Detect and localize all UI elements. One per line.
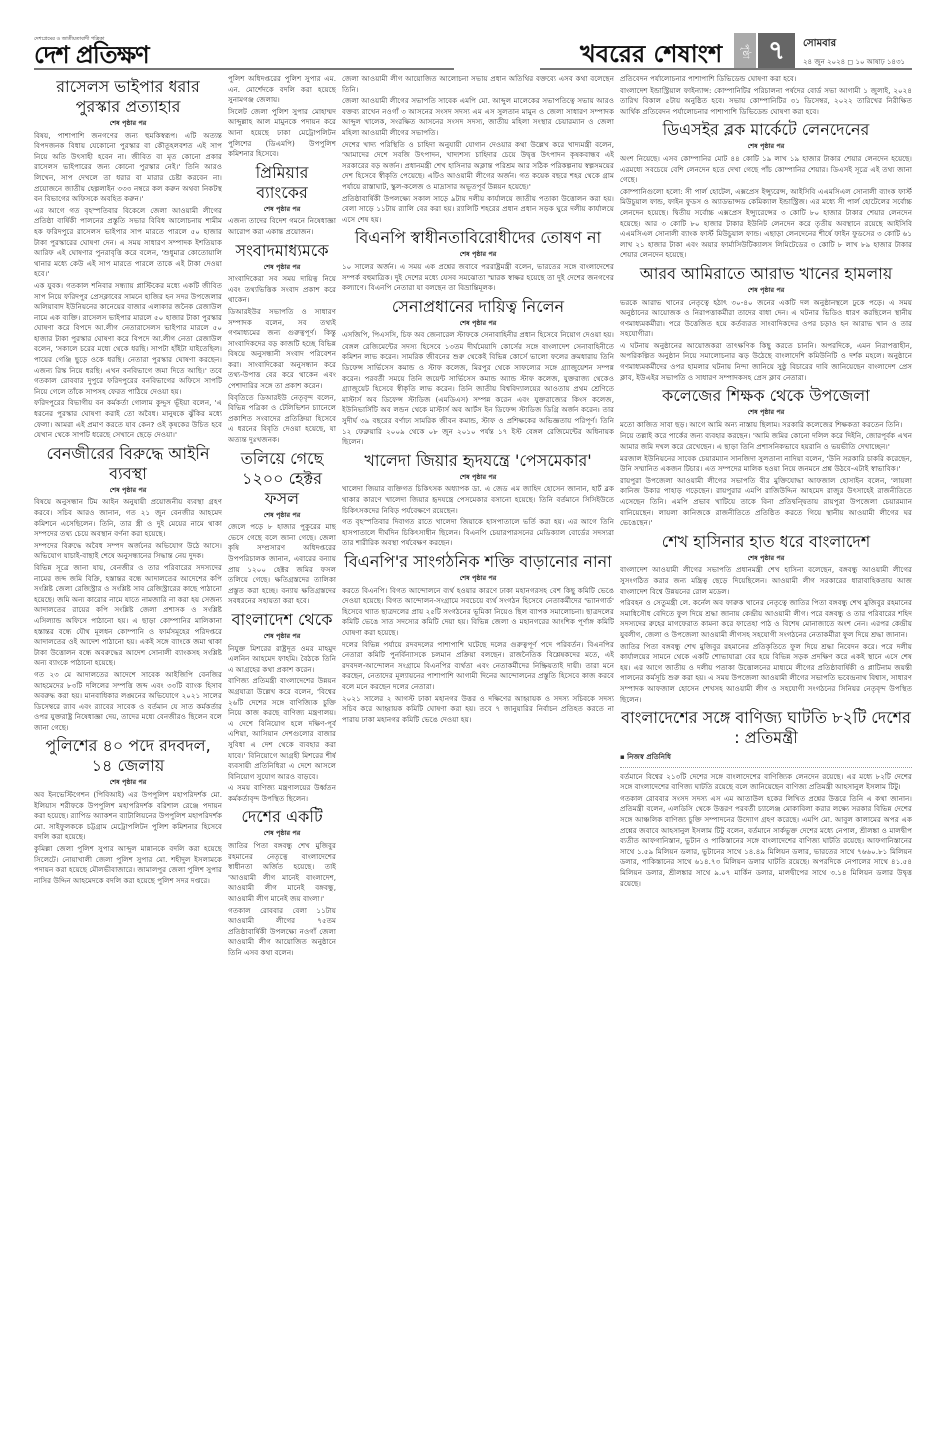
article-paragraph: খালেদা জিয়ার ব্যক্তিগত চিকিৎসক অধ্যাপক … xyxy=(342,484,614,516)
article-headline[interactable]: বিএনপি'র সাংগঠনিক শক্তি বাড়ানোর নানা xyxy=(342,552,614,572)
article-paragraph: গত বৃহস্পতিবার দিবাগত রাতে খালেদা জিয়াক… xyxy=(342,517,614,549)
article: বিএনপি'র সাংগঠনিক শক্তি বাড়ানোর নানাশেষ… xyxy=(342,552,614,725)
article: তলিয়ে গেছে ১২০০ হেক্টর ফসলশেষ পৃষ্ঠার প… xyxy=(228,449,336,607)
article-headline[interactable]: তলিয়ে গেছে ১২০০ হেক্টর ফসল xyxy=(228,449,336,509)
article-paragraph: ২০২১ সালের ২ আগস্ট ঢাকা মহানগর উত্তর ও দ… xyxy=(342,694,614,726)
article-paragraph: জেলা আওয়ামী লীগের সভাপতি সাবেক এমপি মো.… xyxy=(342,96,614,138)
article-paragraph: নিয়ে তল্লাই করে পার্কের জন্য ব্যবহার কর… xyxy=(620,431,912,452)
article-paragraph: দেশের খাদ্য পরিস্থিতি ও চাহিদা অনুযায়ী … xyxy=(342,140,614,193)
article: বাংলাদেশের সঙ্গে বাণিজ্য ঘাটতি ৮২টি দেশে… xyxy=(620,708,912,889)
article: রাসেলস ভাইপার ধরার পুরস্কার প্রত্যাহারশে… xyxy=(34,77,222,441)
masthead: দেশপ্রেমের ও জাতীয়তাবাদী পত্রিকা দেশ প্… xyxy=(0,0,945,70)
article-paragraph: এ সময় বাণিজ্য মন্ত্রণালয়ের উর্ধ্বতন কর… xyxy=(228,783,336,804)
article-paragraph: গত ২৩ মে আদালতের আদেশে সাবেক আইজিপি বেনজ… xyxy=(34,670,222,734)
article-paragraph: জাতির পিতা বঙ্গবন্ধু শেখ মুজিবুর রহমানের… xyxy=(620,642,912,706)
article-paragraph: বাংলাদেশ আওয়ামী লীগের সভাপতি প্রধানমন্ত… xyxy=(620,565,912,597)
column-5: প্রতিবেদন পর্যালোচনার পাশাপাশি ডিভিডেন্ড… xyxy=(620,74,912,1434)
article-paragraph: জাতির পিতা বঙ্গবন্ধু শেখ মুজিবুর রহমানের… xyxy=(228,841,336,905)
article: বেনজীরের বিরুদ্ধে আইনি ব্যবস্থাশেষ পৃষ্ঠ… xyxy=(34,444,222,734)
article-paragraph: কোম্পানিগুলো হলো: সী পার্ল হোটেল, এক্সপ্… xyxy=(620,187,912,261)
article-paragraph: প্রতিষ্ঠাবার্ষিকী উপলক্ষ্যে সকাল সাড়ে ৯… xyxy=(342,194,614,226)
article-paragraph: জেলে পড়ে ৮ হাজার পুকুরের মাছ ভেসে গেছে … xyxy=(228,522,336,607)
logo-text: দেশ প্রতিক্ষণ xyxy=(34,42,149,68)
continued-label: শেষ পৃষ্ঠার পর xyxy=(620,285,912,296)
article-headline[interactable]: খালেদা জিয়ার হৃদযন্ত্রে 'পেসমেকার' xyxy=(342,451,614,471)
article-paragraph: এর আগে গত বৃহস্পতিবার বিকেলে জেলা আওয়াম… xyxy=(34,206,222,280)
continued-label: শেষ পৃষ্ঠার পর xyxy=(342,573,614,584)
continued-label: শেষ পৃষ্ঠার পর xyxy=(620,553,912,564)
article: জেলা আওয়ামী লীগ আয়োজিত আলোচনা সভায় প্… xyxy=(342,74,614,225)
article-paragraph: প্রতিবেদন পর্যালোচনার পাশাপাশি ডিভিডেন্ড… xyxy=(620,74,912,85)
article-paragraph: অব ইনভেস্টিগেশন (পিবিআই) এর উপপুলিশ মহাপ… xyxy=(34,790,222,843)
article-paragraph: অংশ নিয়েছে। এসব কোম্পানির মোট ৪৪ কোটি ১… xyxy=(620,154,912,186)
continued-label: শেষ পৃষ্ঠার পর xyxy=(620,407,912,418)
article-paragraph: বিষয়ে অনুসন্ধান টিম আইন অনুযায়ী প্রয়ো… xyxy=(34,497,222,539)
article: পুলিশ অধিদপ্তরের পুলিশ সুপার এম. এন. মোর… xyxy=(228,74,336,160)
article-paragraph: মরজাল ইউনিয়নের সাবেক চেয়ারম্যান সানজিদ… xyxy=(620,454,912,475)
article-paragraph: বর্তমানে বিশ্বের ২১৩টি দেশের সঙ্গে বাংলা… xyxy=(620,772,912,793)
article-paragraph: ফরিদপুরের বিভাগীয় বন কর্মকর্তা গোলাম কু… xyxy=(34,398,222,440)
article: প্রিমিয়ার ব্যাংকেরশেষ পৃষ্ঠার পরএজন্য ত… xyxy=(228,163,336,238)
article-paragraph: সম্পদের বিরুদ্ধে অবৈধ সম্পদ অর্জনের অভিয… xyxy=(34,541,222,562)
article-paragraph: সাংবাদিকেরা সব সময় দায়িত্ব নিয়ে এবং ত… xyxy=(228,274,336,306)
article-paragraph: বাংলাদেশ ইন্ডাস্ট্রিয়াল ফাইন্যান্স: কোম… xyxy=(620,86,912,118)
page-number: ৭ xyxy=(758,33,795,69)
section-title: খবরের শেষাংশ xyxy=(580,36,722,76)
article-paragraph: মতো কাজিত সাবা ছড়। আগে আমি অন্য নাস্তায… xyxy=(620,420,912,431)
continued-label: শেষ পৃষ্ঠার পর xyxy=(228,828,336,839)
article: সংবাদমাধ্যমকেশেষ পৃষ্ঠার পরসাংবাদিকেরা স… xyxy=(228,241,336,446)
continued-label: শেষ পৃষ্ঠার পর xyxy=(228,204,336,215)
byline: ▪ নিজস্ব প্রতিনিধি xyxy=(620,752,912,768)
article: বিএনপি স্বাধীনতাবিরোধীদের তোষণ নাশেষ পৃষ… xyxy=(342,228,614,293)
column-2: পুলিশ অধিদপ্তরের পুলিশ সুপার এম. এন. মোর… xyxy=(228,74,336,1434)
article: দেশের একটিশেষ পৃষ্ঠার পরজাতির পিতা বঙ্গব… xyxy=(228,807,336,958)
article-paragraph: নিযুক্ত মিশরের রাষ্ট্রদূত ওমর মাহমুদ এলন… xyxy=(228,644,336,676)
article-paragraph: কুমিল্লা জেলা পুলিশ সুপার আব্দুল মান্নান… xyxy=(34,844,222,886)
article-headline[interactable]: বাংলাদেশের সঙ্গে বাণিজ্য ঘাটতি ৮২টি দেশে… xyxy=(620,708,912,748)
article-headline[interactable]: প্রিমিয়ার ব্যাংকের xyxy=(228,163,336,203)
article: আরব আমিরাতে আরাভ খানের হামলায়শেষ পৃষ্ঠা… xyxy=(620,264,912,383)
article-paragraph: গতকাল রোববার সংসদ সদস্য এস এম আতাউল হকের… xyxy=(620,794,912,889)
article-paragraph: ভরকে আরাভ খানের নেতৃত্বে হঠাৎ ৩০-৪০ জনের… xyxy=(620,298,912,340)
article: খালেদা জিয়ার হৃদযন্ত্রে 'পেসমেকার'শেষ প… xyxy=(342,451,614,549)
continued-label: শেষ পৃষ্ঠার পর xyxy=(34,777,222,788)
continued-label: শেষ পৃষ্ঠার পর xyxy=(34,485,222,496)
article-paragraph: পুলিশ অধিদপ্তরের পুলিশ সুপার এম. এন. মোর… xyxy=(228,74,336,106)
article-headline[interactable]: রাসেলস ভাইপার ধরার পুরস্কার প্রত্যাহার xyxy=(34,77,222,117)
article: বাংলাদেশ থেকেশেষ পৃষ্ঠার পরনিযুক্ত মিশরে… xyxy=(228,610,336,805)
column-3: জেলা আওয়ামী লীগ আয়োজিত আলোচনা সভায় প্… xyxy=(342,74,614,1434)
article-headline[interactable]: পুলিশের ৪০ পদে রদবদল, ১৪ জেলায় xyxy=(34,736,222,776)
article-paragraph: ১০ সালের অর্জন। এ সময় এক প্রশ্নের জবাবে… xyxy=(342,262,614,294)
continued-label: শেষ পৃষ্ঠার পর xyxy=(342,249,614,260)
article-headline[interactable]: দেশের একটি xyxy=(228,807,336,827)
article: শেখ হাসিনার হাত ধরে বাংলাদেশশেষ পৃষ্ঠার … xyxy=(620,532,912,705)
article-paragraph: জেলা আওয়ামী লীগ আয়োজিত আলোচনা সভায় প্… xyxy=(342,74,614,95)
article-headline[interactable]: সংবাদমাধ্যমকে xyxy=(228,241,336,261)
article-paragraph: বেঙ্গল রেজিমেন্টের সদস্য হিসেবে ১৩তম দীর… xyxy=(342,342,614,448)
article-paragraph: ডিআরইউর সভাপতি ও সাধারণ সম্পাদক বলেন, সব… xyxy=(228,307,336,392)
day: সোমবার xyxy=(803,36,905,53)
continued-label: শেষ পৃষ্ঠার পর xyxy=(228,262,336,273)
article: প্রতিবেদন পর্যালোচনার পাশাপাশি ডিভিডেন্ড… xyxy=(620,74,912,117)
article-headline[interactable]: বেনজীরের বিরুদ্ধে আইনি ব্যবস্থা xyxy=(34,444,222,484)
continued-label: শেষ পৃষ্ঠার পর xyxy=(228,510,336,521)
article: ডিএসইর ব্লক মার্কেটে লেনদেনেরশেষ পৃষ্ঠার… xyxy=(620,120,912,261)
article-paragraph: করতে বিএনপি। বিগত আন্দোলনে ব্যর্থ হওয়ার… xyxy=(342,586,614,639)
date: ২৪ জুন ২০২৪ ◻ ১০ আষাঢ় ১৪৩১ xyxy=(803,56,905,68)
page-label: পৃষ্ঠা xyxy=(734,33,756,69)
article-headline[interactable]: ডিএসইর ব্লক মার্কেটে লেনদেনের xyxy=(620,120,912,140)
article-paragraph: বিবৃতিতে ডিআরইউ নেতৃবৃন্দ বলেন, বিভিন্ন … xyxy=(228,393,336,446)
article-paragraph: রায়পুরা উপজেলা আওয়ামী লীগের সভাপতি বীর… xyxy=(620,476,912,529)
article-paragraph: সিলেট জেলা পুলিশ সুপার মোহাম্মদ আব্দুল্ল… xyxy=(228,107,336,160)
newspaper-logo[interactable]: দেশপ্রেমের ও জাতীয়তাবাদী পত্রিকা দেশ প্… xyxy=(34,36,149,68)
column-1: রাসেলস ভাইপার ধরার পুরস্কার প্রত্যাহারশে… xyxy=(34,74,222,1434)
continued-label: শেষ পৃষ্ঠার পর xyxy=(342,472,614,483)
article-paragraph: এসজিপি, পিএসসি, চিফ অব জেনারেল স্টাফকে স… xyxy=(342,330,614,341)
article-headline[interactable]: সেনাপ্রধানের দায়িত্ব নিলেন xyxy=(342,297,614,317)
article-headline[interactable]: শেখ হাসিনার হাত ধরে বাংলাদেশ xyxy=(620,532,912,552)
article-headline[interactable]: বিএনপি স্বাধীনতাবিরোধীদের তোষণ না xyxy=(342,228,614,248)
article: কলেজের শিক্ষক থেকে উপজেলাশেষ পৃষ্ঠার পরম… xyxy=(620,386,912,529)
article-paragraph: বাণিজ্য প্রতিমন্ত্রী বাংলাদেশের উন্নয়ন … xyxy=(228,676,336,782)
continued-label: শেষ পৃষ্ঠার পর xyxy=(342,318,614,329)
article-paragraph: বিভিন্ন সূত্রে জানা যায়, বেনজীর ও তার প… xyxy=(34,563,222,669)
article-paragraph: দলের বিভিন্ন পর্যায়ে রদবদলের পাশাপাশি ঘ… xyxy=(342,640,614,693)
article-paragraph: এক যুবক। গতকাল শনিবার সন্ধ্যায় প্লাস্টি… xyxy=(34,281,222,398)
article-paragraph: পরিবহন ও সেতুমন্ত্রী লে. কর্নেল অব ফারুক… xyxy=(620,598,912,640)
article-headline[interactable]: কলেজের শিক্ষক থেকে উপজেলা xyxy=(620,386,912,406)
dateline: সোমবার ২৪ জুন ২০২৪ ◻ ১০ আষাঢ় ১৪৩১ xyxy=(803,36,905,68)
header-rule-left xyxy=(34,68,454,70)
continued-label: শেষ পৃষ্ঠার পর xyxy=(620,141,912,152)
article-paragraph: গতকাল রোববার বেলা ১১টায় আওয়ামী লীগের ৭… xyxy=(228,906,336,959)
article-paragraph: এজন্য তাদের বিদেশ গমনে নিষেধাজ্ঞা আরোপ ক… xyxy=(228,216,336,237)
continued-label: শেষ পৃষ্ঠার পর xyxy=(228,631,336,642)
article-headline[interactable]: আরব আমিরাতে আরাভ খানের হামলায় xyxy=(620,264,912,284)
article-paragraph: এ ঘটনায় অনুষ্ঠানের আয়োজকরা তাৎক্ষণিক ক… xyxy=(620,341,912,383)
header-rule-right xyxy=(540,68,912,70)
article-paragraph: বিষয়, পাশাপাশি জনগণের জন্য হুমকিস্বরূপ।… xyxy=(34,131,222,205)
article: সেনাপ্রধানের দায়িত্ব নিলেনশেষ পৃষ্ঠার প… xyxy=(342,297,614,448)
article: পুলিশের ৪০ পদে রদবদল, ১৪ জেলায়শেষ পৃষ্ঠ… xyxy=(34,736,222,886)
article-headline[interactable]: বাংলাদেশ থেকে xyxy=(228,610,336,630)
continued-label: শেষ পৃষ্ঠার পর xyxy=(34,118,222,129)
